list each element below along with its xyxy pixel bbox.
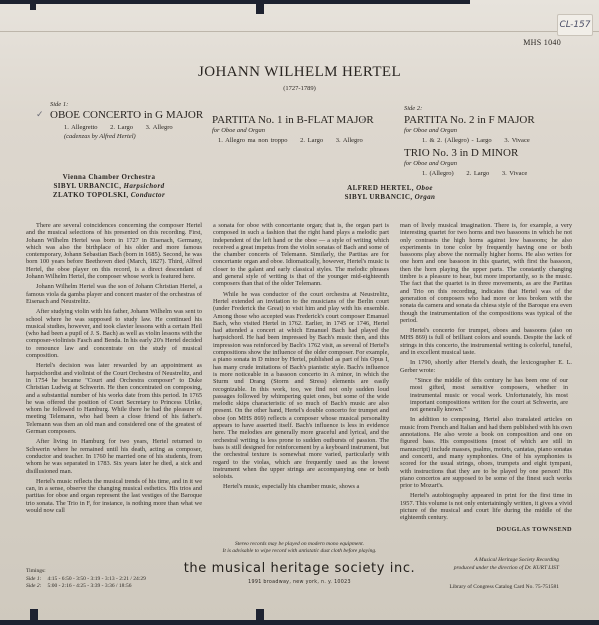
work-title: TRIO No. 3 in D MINOR (404, 147, 518, 159)
sticker-label: CL-157 (559, 20, 590, 30)
inventory-sticker: CL-157 (557, 14, 593, 36)
paragraph: While he was conductor of the court orch… (213, 291, 389, 481)
paragraph: Hertel's music reflects the musical tren… (26, 478, 202, 514)
bottom-edge-tape (0, 620, 599, 625)
paragraph: man of lively musical imagination. There… (400, 222, 572, 324)
playback-notice: Stereo records may be played on modern m… (0, 541, 599, 555)
work-title: PARTITA No. 1 in B-FLAT MAJOR (212, 114, 374, 126)
movement-list: 1. Allegretto 2. Largo 3. Allegro (64, 124, 183, 131)
movement: 3. Vivace (504, 137, 529, 144)
movement: 1. Allegretto (64, 124, 98, 131)
side1-timings: Side 1:4:15 - 6:50 - 3:50 - 3:19 - 3:13 … (26, 576, 146, 584)
movement: 3. Allegro (336, 137, 363, 144)
side1-performers: Vienna Chamber Orchestra SIBYL URBANCIC,… (44, 173, 174, 200)
movement: 1. & 2. (Allegro) - Largo (422, 137, 492, 144)
top-edge-tab (256, 0, 264, 14)
timings: Timings: Side 1:4:15 - 6:50 - 3:50 - 3:1… (26, 568, 146, 591)
catalog-number: MHS 1040 (523, 38, 561, 47)
side2-performers: ALFRED HERTEL, Oboe SIBYL URBANCIC, Orga… (320, 184, 460, 202)
movement-list: 1. & 2. (Allegro) - Largo 3. Vivace (422, 137, 540, 144)
author-signature: DOUGLAS TOWNSEND (400, 526, 572, 533)
performer: SIBYL URBANCIC, Harpsichord (44, 182, 174, 191)
fold-line (0, 31, 599, 32)
side2-timings: Side 2:5:00 - 2:16 - 4:25 - 3:39 - 3:36 … (26, 583, 146, 591)
work-subtitle: for Oboe and Organ (212, 127, 265, 134)
paragraph: Hertel's concerto for trumpet, oboes and… (400, 327, 572, 356)
performer: ZLATKO TOPOLSKI, Conductor (44, 191, 174, 200)
movement: 3. Vivace (502, 170, 527, 177)
paragraph: Hertel's autobiography appeared in print… (400, 492, 572, 521)
work-subtitle: for Oboe and Organ (404, 160, 457, 167)
performer-ensemble: Vienna Chamber Orchestra (44, 173, 174, 182)
paragraph: In addition to composing, Hertel also tr… (400, 416, 572, 489)
movement: 2. Largo (466, 170, 489, 177)
top-edge-tape (0, 0, 470, 4)
movement: 3. Allegro (146, 124, 173, 131)
movement: 1. Allegro ma non troppo (218, 137, 288, 144)
liner-notes-column-3: man of lively musical imagination. There… (400, 222, 572, 536)
side1-label: Side 1: (50, 101, 68, 108)
side2-label: Side 2: (404, 105, 422, 112)
composer-dates: (1727-1789) (0, 85, 599, 92)
performer: ALFRED HERTEL, Oboe (320, 184, 460, 193)
movement-list: 1. (Allegro) 2. Largo 3. Vivace (422, 170, 537, 177)
paragraph: Hertel's music, especially his chamber m… (213, 483, 389, 490)
bottom-edge-tab (30, 609, 38, 625)
paragraph: There are several coincidences concernin… (26, 222, 202, 280)
bottom-edge-tab (256, 609, 264, 625)
top-edge-tab (30, 0, 36, 10)
movement: 1. (Allegro) (422, 170, 454, 177)
movement: 2. Largo (300, 137, 323, 144)
record-sleeve-back: CL-157 MHS 1040 JOHANN WILHELM HERTEL (1… (0, 0, 599, 625)
composer-name: JOHANN WILHELM HERTEL (0, 64, 599, 81)
paragraph: After studying violin with his father, J… (26, 308, 202, 359)
movement: 2. Largo (110, 124, 133, 131)
quotation: "Since the middle of this century he has… (410, 377, 568, 413)
movement-list: 1. Allegro ma non troppo 2. Largo 3. All… (218, 137, 373, 144)
liner-notes-column-2: a sonata for oboe with concertante organ… (213, 222, 389, 494)
paragraph: In 1790, shortly after Hertel's death, t… (400, 359, 572, 374)
cadenza-note: (cadenzas by Alfred Hertel) (64, 133, 136, 140)
work-title: OBOE CONCERTO in G MAJOR (50, 109, 203, 121)
paragraph: Hertel's decision was later rewarded by … (26, 362, 202, 435)
timings-label: Timings: (26, 568, 146, 576)
paragraph: Johann Wilhelm Hertel was the son of Joh… (26, 283, 202, 305)
paragraph: After living in Hamburg for two years, H… (26, 438, 202, 474)
performer: SIBYL URBANCIC, Organ (320, 193, 460, 202)
checkmark-icon: ⌐ (362, 114, 367, 124)
work-subtitle: for Oboe and Organ (404, 127, 457, 134)
producer-credit: A Musical Heritage Society Recording pro… (454, 557, 559, 572)
liner-notes-column-1: There are several coincidences concernin… (26, 222, 202, 517)
work-title: PARTITA No. 2 in F MAJOR (404, 114, 535, 126)
paragraph: a sonata for oboe with concertante organ… (213, 222, 389, 288)
library-of-congress-number: Library of Congress Catalog Card No. 75-… (449, 584, 559, 590)
checkmark-icon: ✓ (36, 109, 44, 120)
